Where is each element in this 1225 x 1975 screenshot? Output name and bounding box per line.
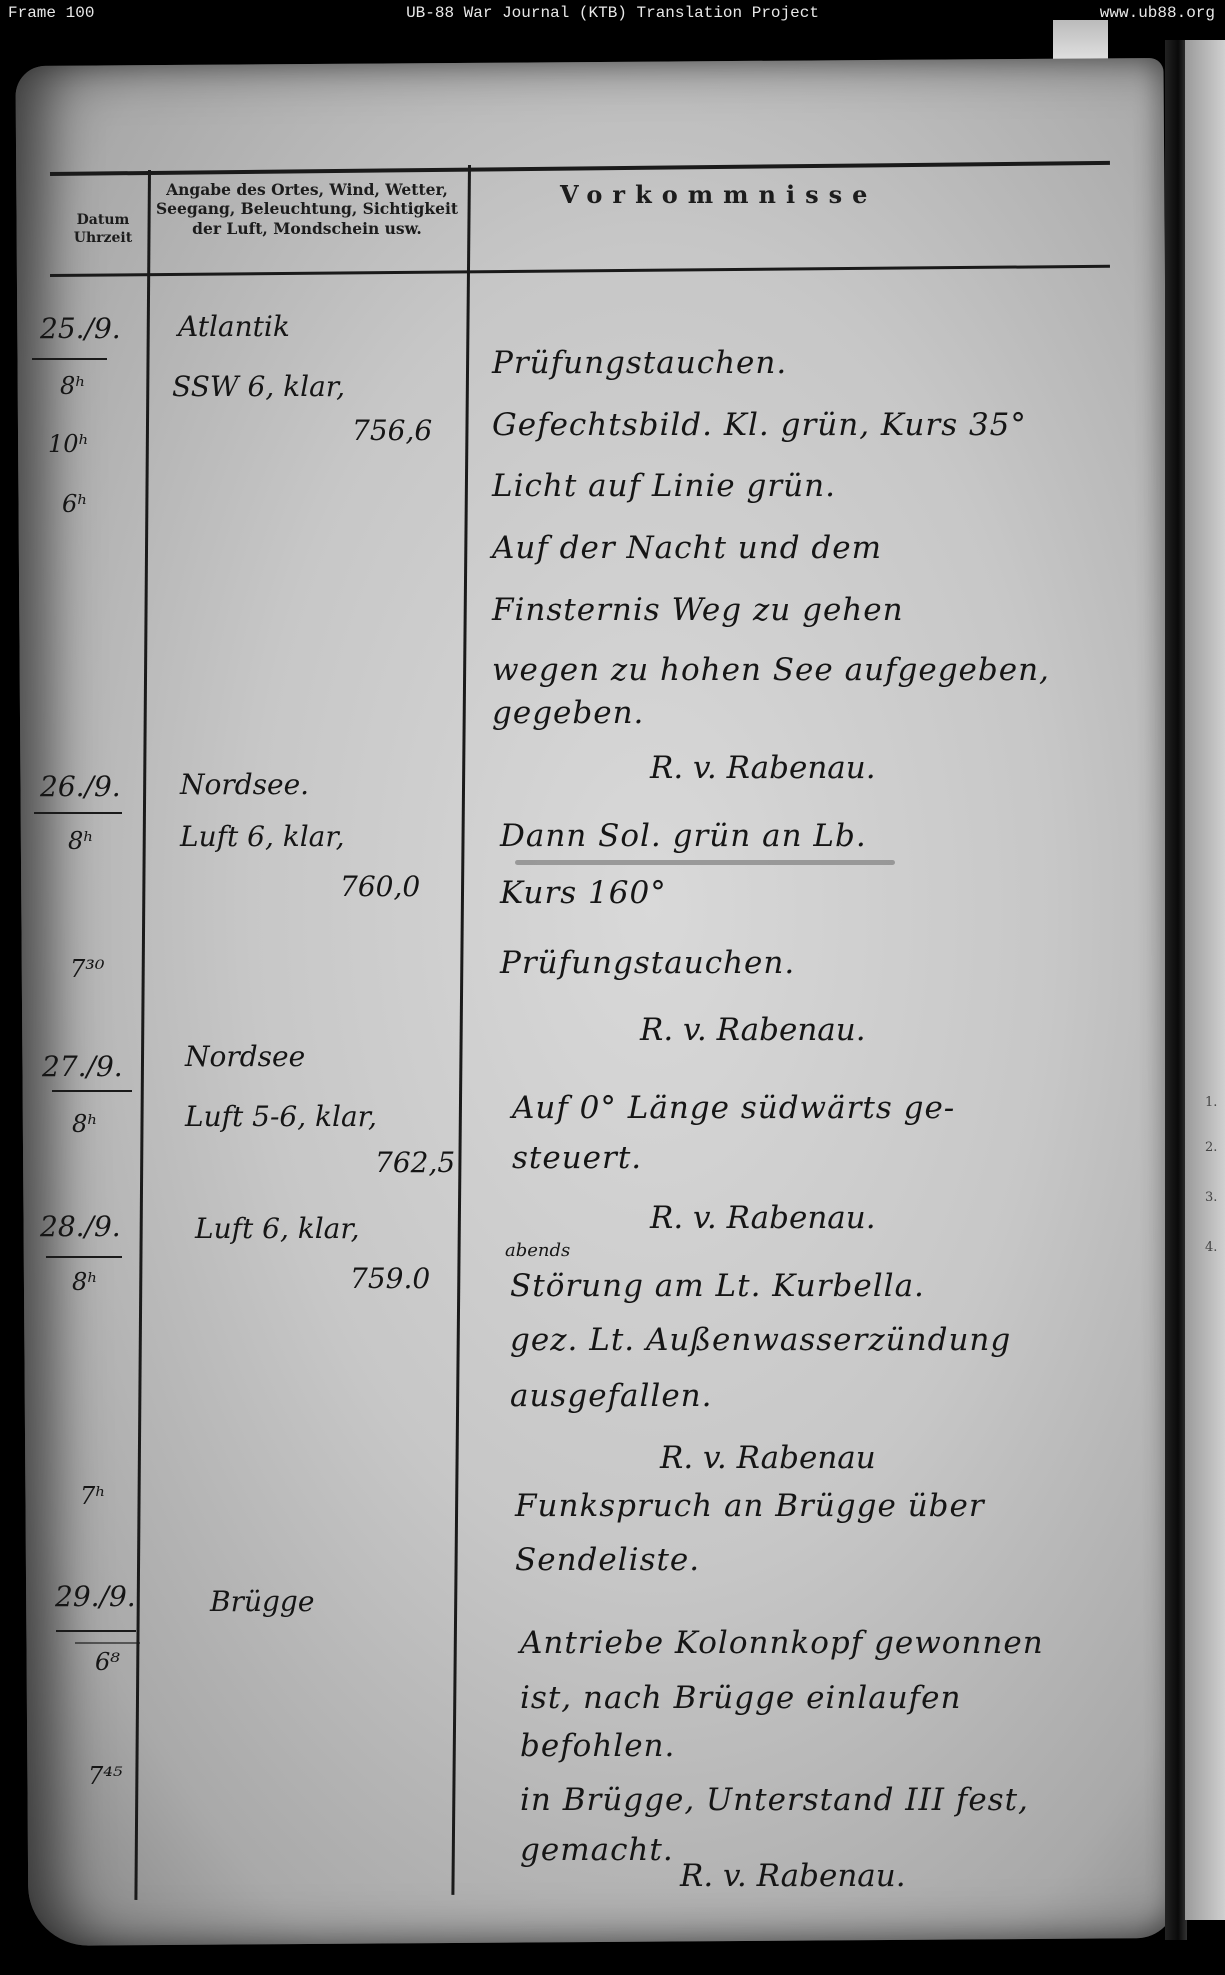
entry-line: gegeben. xyxy=(492,695,644,731)
entry-line: Dann Sol. grün an Lb. xyxy=(500,818,867,854)
entry-line: steuert. xyxy=(512,1140,642,1176)
entry-weather: Luft 5-6, klar, xyxy=(185,1100,377,1133)
date-underline xyxy=(34,812,122,814)
site-url: www.ub88.org xyxy=(1100,0,1215,26)
entry-line: in Brügge, Unterstand III fest, xyxy=(520,1782,1029,1818)
entry-location: Nordsee xyxy=(185,1040,305,1073)
entry-date: 29./9. xyxy=(55,1580,136,1613)
signature: R. v. Rabenau. xyxy=(640,1012,866,1048)
entry-weather: Luft 6, klar, xyxy=(180,820,345,853)
entry-line: Funkspruch an Brügge über xyxy=(515,1488,985,1524)
entry-line: Störung am Lt. Kurbella. xyxy=(510,1268,925,1304)
entry-line: Auf 0° Länge südwärts ge- xyxy=(512,1090,955,1126)
entry-weather: Luft 6, klar, xyxy=(195,1212,360,1245)
date-underline xyxy=(56,1630,136,1632)
entry-pressure: 759.0 xyxy=(350,1262,430,1295)
entry-line: gez. Lt. Außenwasserzündung xyxy=(510,1322,1011,1358)
entry-date: 28./9. xyxy=(40,1210,121,1243)
entry-line: Gefechtsbild. Kl. grün, Kurs 35° xyxy=(492,407,1027,443)
adjacent-page-edge: 1. 2. 3. 4. xyxy=(1185,40,1225,1920)
entry-time: 6ʰ xyxy=(62,490,88,518)
entry-time: 7³⁰ xyxy=(70,955,105,983)
entry-line: Sendeliste. xyxy=(515,1542,700,1578)
entry-line: Finsternis Weg zu gehen xyxy=(492,592,904,628)
column-header-date-time: Datum Uhrzeit xyxy=(58,212,148,247)
column-header-location-weather: Angabe des Ortes, Wind, Wetter, Seegang,… xyxy=(152,180,462,238)
entry-line: Licht auf Linie grün. xyxy=(492,468,836,504)
entry-line: wegen zu hohen See aufgegeben, xyxy=(492,652,1050,688)
entry-time: 8ʰ xyxy=(68,827,94,855)
header-bar: Frame 100 UB-88 War Journal (KTB) Transl… xyxy=(0,0,1225,26)
entry-weather: SSW 6, klar, xyxy=(172,370,345,403)
date-underline xyxy=(32,358,107,360)
entry-line: gemacht. xyxy=(520,1832,674,1868)
entry-location: Nordsee. xyxy=(180,768,309,801)
entry-time: 7ʰ xyxy=(80,1482,106,1510)
entry-pressure: 760,0 xyxy=(340,870,420,903)
entry-line: Kurs 160° xyxy=(500,875,667,911)
entry-annotation: abends xyxy=(505,1240,570,1261)
entry-time: 10ʰ xyxy=(48,430,89,458)
entry-time: 8ʰ xyxy=(72,1110,98,1138)
book-gutter xyxy=(1165,40,1187,1940)
entry-time: 7⁴⁵ xyxy=(88,1762,123,1790)
signature: R. v. Rabenau. xyxy=(680,1858,906,1894)
entry-time: 8ʰ xyxy=(60,372,86,400)
signature: R. v. Rabenau xyxy=(660,1440,876,1476)
entry-date: 27./9. xyxy=(42,1050,123,1083)
entry-line: befohlen. xyxy=(520,1728,675,1764)
entry-line: Auf der Nacht und dem xyxy=(492,530,882,566)
signature: R. v. Rabenau. xyxy=(650,750,876,786)
entry-line: ausgefallen. xyxy=(510,1378,713,1414)
date-underline xyxy=(52,1090,132,1092)
entry-date: 26./9. xyxy=(40,770,121,803)
pencil-underline xyxy=(515,860,895,865)
entry-line: Prüfungstauchen. xyxy=(492,345,787,381)
date-underline xyxy=(75,1642,140,1644)
entry-date: 25./9. xyxy=(40,312,121,345)
entry-pressure: 762,5 xyxy=(375,1146,455,1179)
entry-line: Antriebe Kolonnkopf gewonnen xyxy=(520,1625,1044,1661)
entry-pressure: 756,6 xyxy=(352,414,432,447)
date-underline xyxy=(46,1256,122,1258)
entry-line: ist, nach Brügge einlaufen xyxy=(520,1680,961,1716)
entry-line: Prüfungstauchen. xyxy=(500,945,795,981)
entry-location: Atlantik xyxy=(178,310,290,343)
signature: R. v. Rabenau. xyxy=(650,1200,876,1236)
entry-time: 6⁸ xyxy=(95,1648,120,1676)
entry-time: 8ʰ xyxy=(72,1268,98,1296)
project-title: UB-88 War Journal (KTB) Translation Proj… xyxy=(0,0,1225,26)
column-header-occurrences: Vorkommnisse xyxy=(560,180,1060,210)
entry-location: Brügge xyxy=(210,1585,314,1618)
